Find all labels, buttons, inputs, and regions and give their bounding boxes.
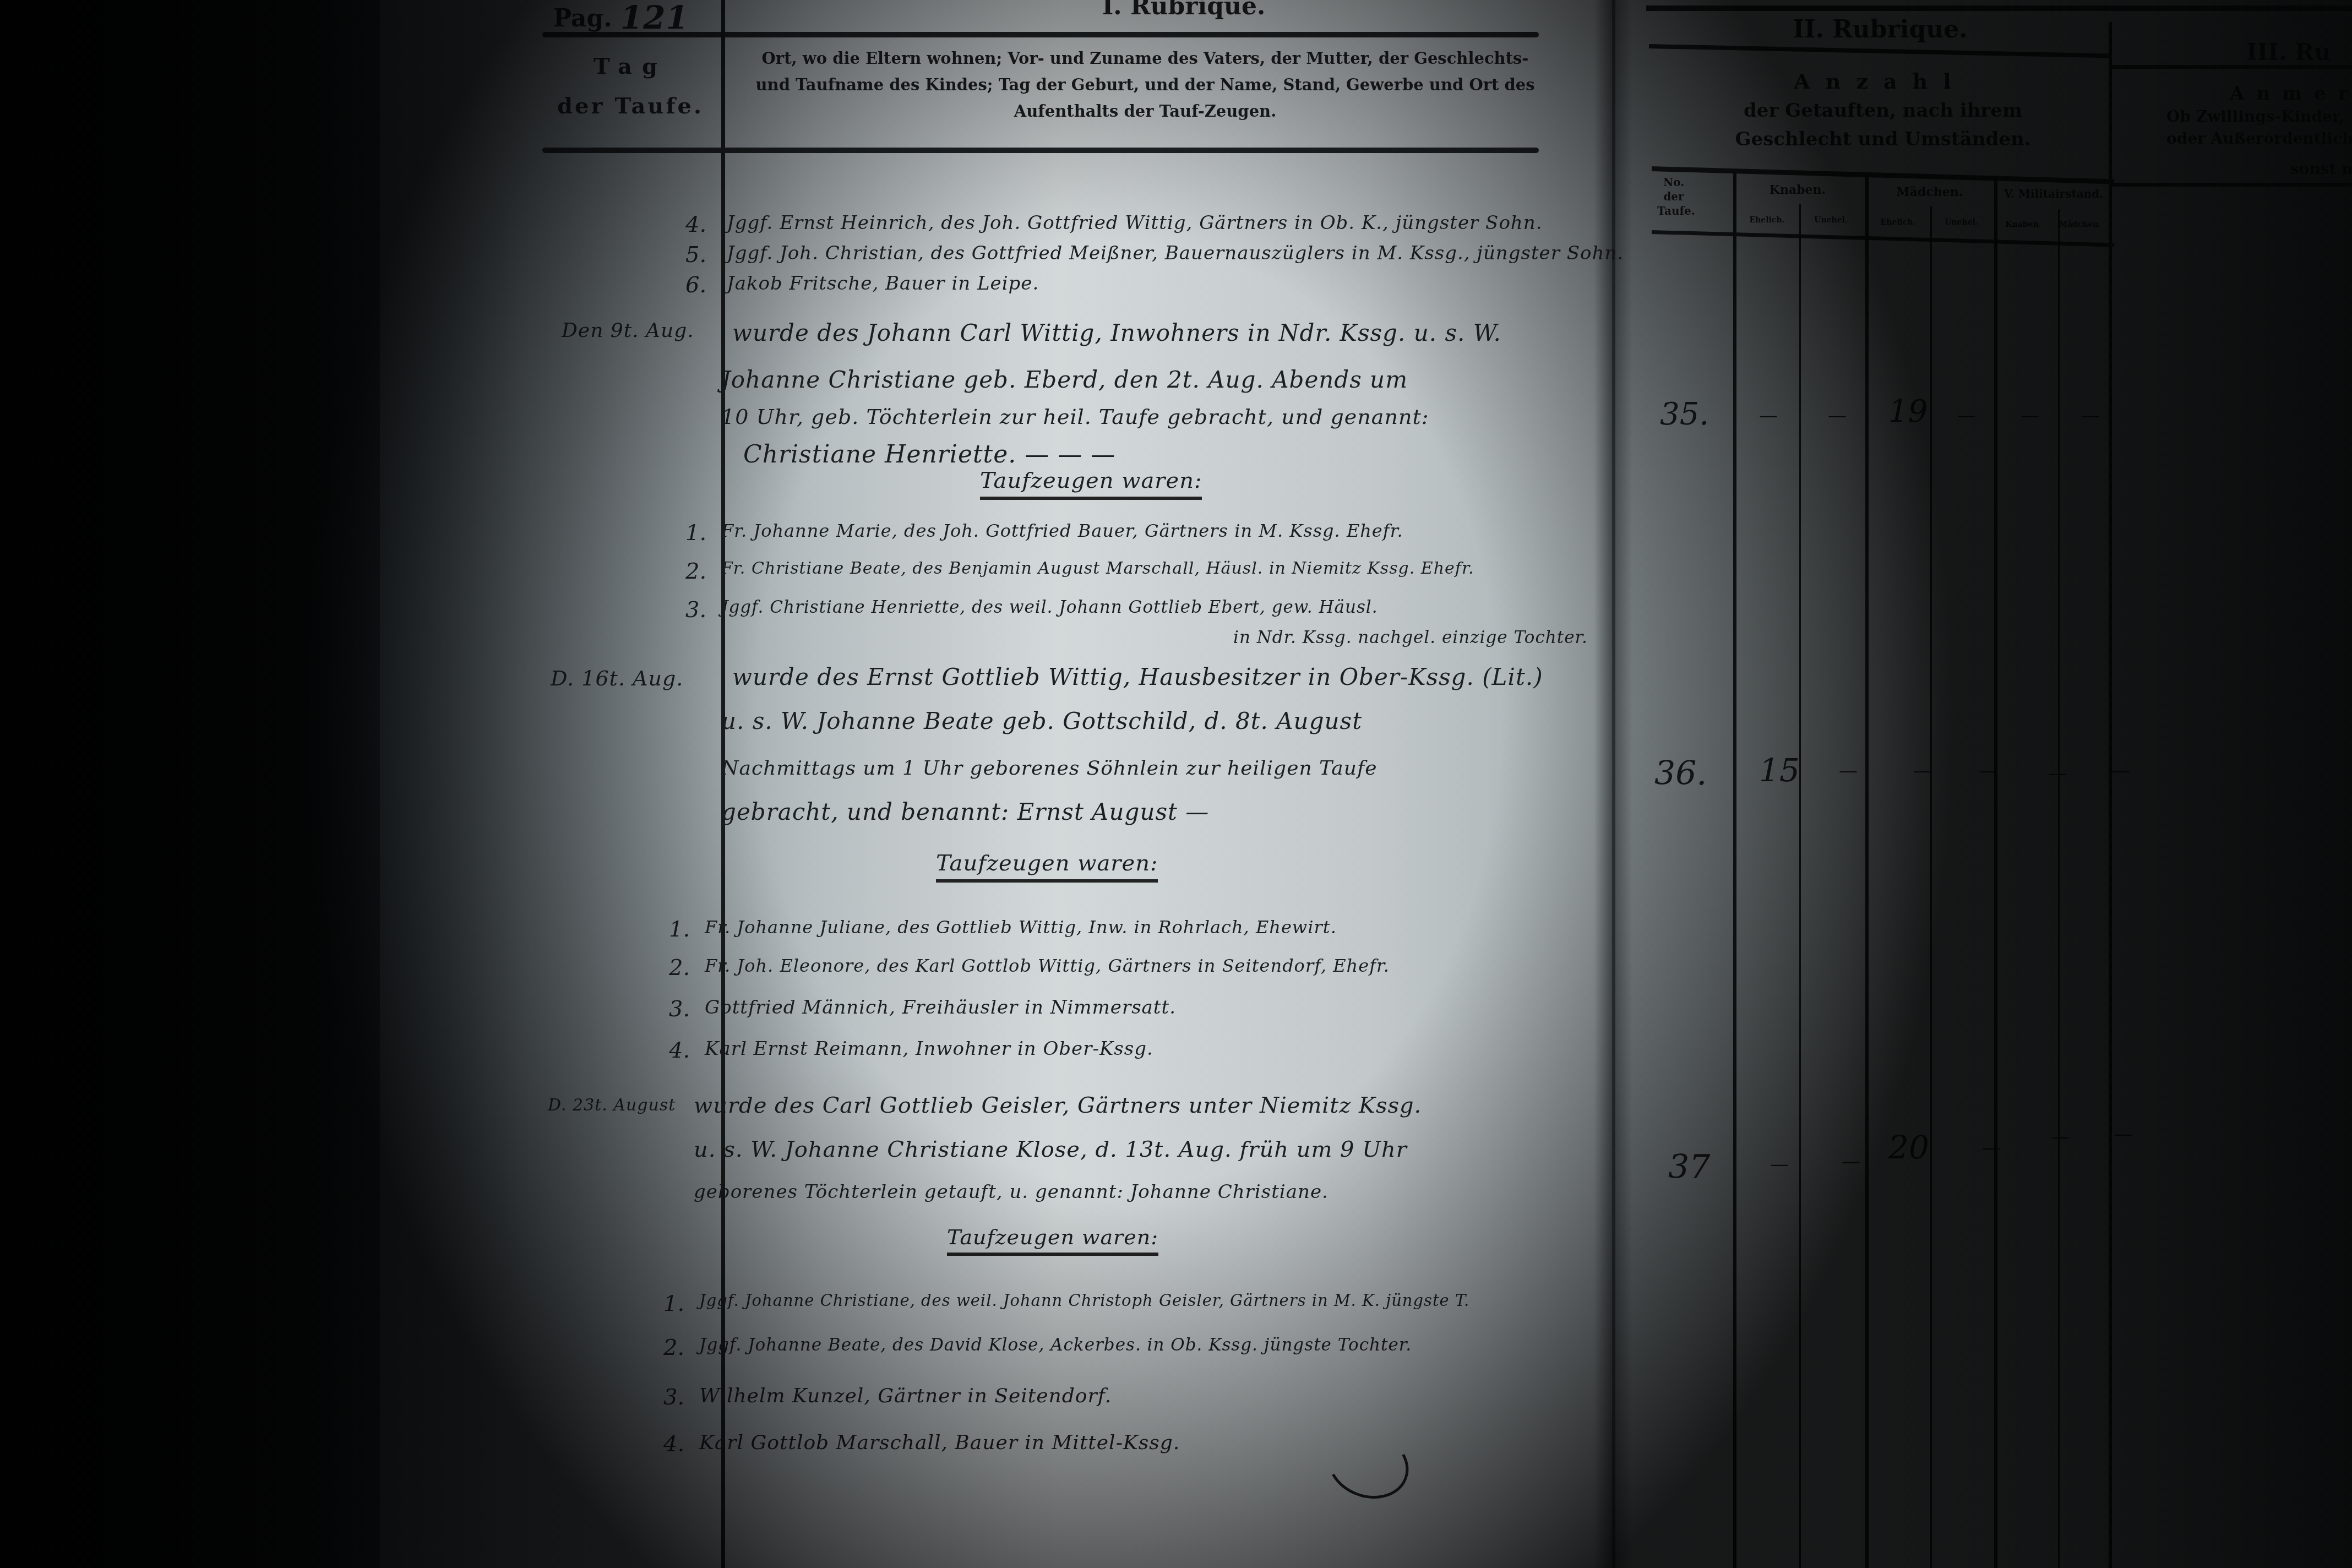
count-cell: — [2081,405,2100,427]
header-rule-top [542,32,1539,37]
witnesses-heading: Taufzeugen waren: [947,1225,1158,1256]
row-number: 37 [1668,1148,1710,1186]
col-line [1733,173,1736,1568]
row-number: 35. [1660,396,1709,432]
count-cell: — [1913,760,1932,782]
witness-text: Gottfried Männich, Freihäusler in Nimmer… [705,997,1176,1019]
col-sub-maedchen-unehel: Unehel. [1930,218,1993,227]
count-header-title: Anzahl [1652,69,2109,94]
witness-number: 3. [669,997,690,1022]
date-column-header: Tag der Taufe. [545,47,716,126]
book-spine-shadow [0,0,380,1568]
baptism-date: D. 23t. August [548,1096,676,1115]
entry-line: wurde des Ernst Gottlieb Wittig, Hausbes… [732,663,1543,690]
witness-text: Wilhelm Kunzel, Gärtner in Seitendorf. [699,1385,1112,1407]
count-cell: — [1759,405,1778,427]
witness-text: Fr. Joh. Eleonore, des Karl Gottlob Witt… [705,955,1390,976]
count-cell: — [1770,1153,1789,1175]
count-cell: — [1982,1137,2001,1159]
page-number: 121 [620,0,689,36]
rubrique-divider [2109,22,2112,1568]
header-rule-bottom [542,148,1539,153]
rubrique-3-line: Ob Zwillings-Kinder, [2166,107,2352,126]
rubrique-3-bottom-rule [2112,183,2352,187]
count-cell: 20 [1888,1129,1929,1166]
witness-text: Karl Gottlob Marschall, Bauer in Mittel-… [699,1431,1180,1454]
page-label: Pag. 121 [553,0,689,34]
right-top-rule [1646,6,2352,11]
witness-text-continued: in Ndr. Kssg. nachgel. einzige Tochter. [1233,628,1588,647]
baptism-date: Den 9t. Aug. [562,319,694,342]
rubrique-3-line: oder Außerordentliches [2166,129,2352,148]
rubrique-3-title-spaced: Anmer [2230,83,2352,105]
rubrique-3-rule [2112,65,2352,69]
count-cell: — [2051,1126,2070,1148]
count-header-text: der Getauften, nach ihrem Geschlecht und… [1696,96,2070,154]
description-column-header: Ort, wo die Eltern wohnen; Vor- und Zuna… [754,45,1536,124]
count-cell: — [1839,760,1858,782]
witnesses-heading: Taufzeugen waren: [980,468,1202,500]
child-name: Christiane Henriette. — — — [743,440,1115,469]
witness-text: Jggf. Christiane Henriette, des weil. Jo… [721,597,1378,617]
child-name: gebracht, und benannt: Ernst August — [721,798,1209,825]
entry-line: u. s. W. Johanne Beate geb. Gottschild, … [721,707,1362,734]
entry-line: geborenes Töchterlein getauft, u. genann… [694,1181,1329,1203]
count-cell: — [2021,405,2039,427]
binding-thread [1612,0,1615,1568]
count-cell: — [1979,760,1998,782]
col-sub-maedchen-ehelich: Ehelich. [1866,218,1930,227]
col-line [1865,175,1869,1568]
witness-text: Jggf. Joh. Christian, des Gottfried Meiß… [727,242,1624,264]
col-line [1799,204,1801,1568]
left-register-page [380,0,1613,1568]
witness-text: Jggf. Johanne Beate, des David Klose, Ac… [699,1335,1412,1355]
witness-number: 4. [685,212,706,237]
section-title-rubrique-1: I. Rubrique. [1046,0,1321,20]
witness-number: 1. [685,520,706,546]
baptism-date: D. 16t. Aug. [551,666,683,690]
col-sub-militair-knaben: Knaben. [1996,220,2051,229]
witness-number: 2. [669,955,690,981]
witness-number: 1. [663,1291,684,1316]
witness-number: 4. [663,1431,684,1457]
witness-text: Fr. Johanne Marie, des Joh. Gottfried Ba… [721,520,1403,541]
witness-number: 1. [669,917,690,942]
rubrique-3-line: sonst me [2290,160,2352,178]
count-cell: 15 [1759,752,1800,789]
witness-number: 3. [663,1385,684,1410]
count-cell: — [1828,405,1847,427]
count-cell: — [2048,763,2067,785]
witness-number: 2. [685,559,706,584]
witness-number: 5. [685,242,706,268]
witness-number: 6. [685,273,706,298]
section-title-rubrique-3: III. Ru [2246,39,2352,66]
col-header-no: No. der Taufe. [1657,175,1690,218]
row-number: 36. [1654,754,1707,793]
entry-line: wurde des Johann Carl Wittig, Inwohners … [732,319,1501,346]
col-line [2058,209,2060,1568]
entry-line: Nachmittags um 1 Uhr geborenes Söhnlein … [721,757,1378,780]
section-title-rubrique-2: II. Rubrique. [1652,15,2109,43]
count-cell: — [2111,760,2130,782]
col-sub-knaben-ehelich: Ehelich. [1735,216,1799,225]
witness-text: Karl Ernst Reimann, Inwohner in Ober-Kss… [705,1038,1153,1060]
count-cell: — [1957,405,1976,427]
count-cell: — [1842,1151,1860,1173]
witness-number: 4. [669,1038,690,1063]
col-line [1994,176,1997,1568]
col-group-knaben: Knaben. [1734,183,1861,197]
witness-text: Fr. Christiane Beate, des Benjamin Augus… [721,559,1474,578]
col-sub-militair-maedchen: Mädchen. [2052,220,2108,229]
entry-line: u. s. W. Johanne Christiane Klose, d. 13… [694,1137,1407,1162]
entry-line: Johanne Christiane geb. Eberd, den 2t. A… [721,366,1408,393]
date-column-divider [721,0,725,1568]
count-cell: 19 [1888,394,1928,429]
col-group-militair: V. Militairstand. [1996,187,2111,200]
entry-line: wurde des Carl Gottlieb Geisler, Gärtner… [694,1093,1422,1118]
col-line [1930,206,1932,1568]
count-cell: — [2114,1123,2133,1145]
witness-text: Fr. Johanne Juliane, des Gottlieb Wittig… [705,917,1337,938]
col-group-maedchen: Mädchen. [1866,185,1993,199]
col-sub-knaben-unehel: Unehel. [1799,216,1863,225]
entry-line: 10 Uhr, geb. Töchterlein zur heil. Taufe… [721,405,1429,429]
witnesses-heading: Taufzeugen waren: [936,851,1158,883]
witness-text: Jggf. Ernst Heinrich, des Joh. Gottfried… [727,212,1542,234]
witness-text: Jakob Fritsche, Bauer in Leipe. [727,273,1039,295]
witness-number: 3. [685,597,706,623]
witness-number: 2. [663,1335,684,1360]
witness-text: Jggf. Johanne Christiane, des weil. Joha… [699,1291,1469,1310]
